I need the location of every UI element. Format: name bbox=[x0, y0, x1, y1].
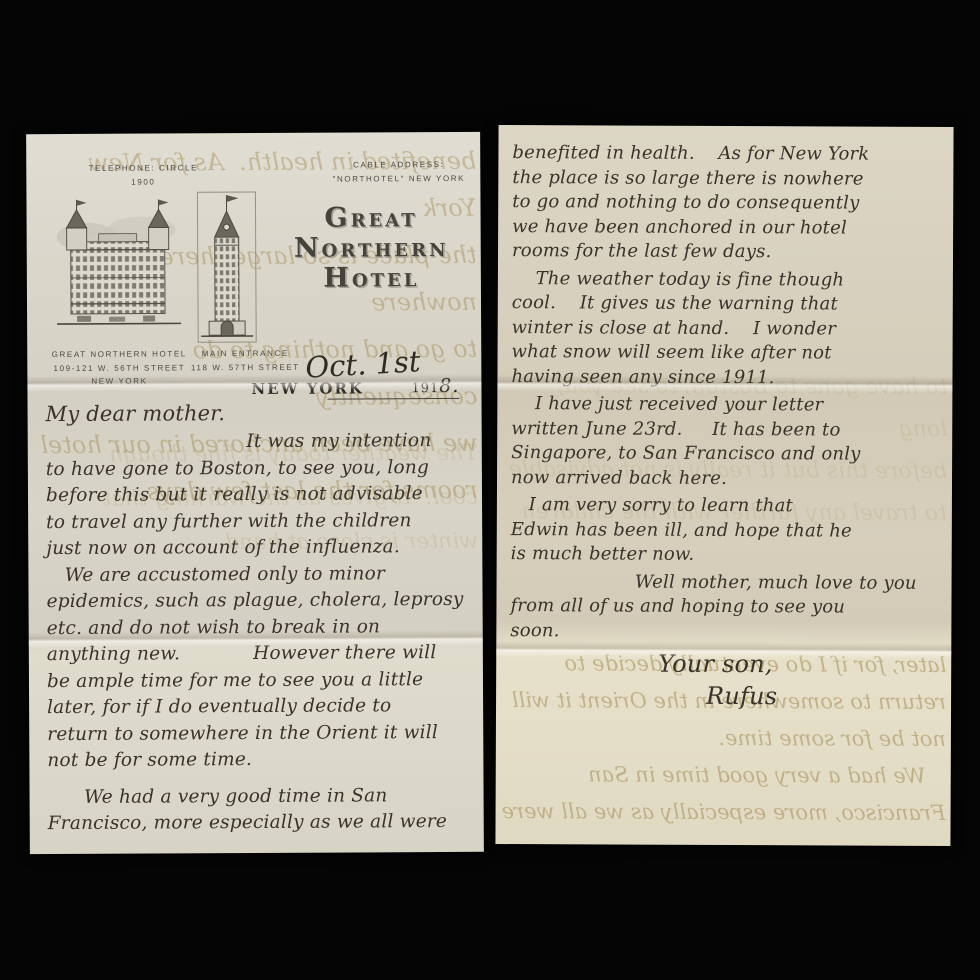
letterhead-telephone: Telephone: Circle 1900 bbox=[78, 161, 208, 189]
dateline-year: 1918. bbox=[411, 375, 459, 397]
hotel-name-line1: Great bbox=[268, 204, 473, 235]
paragraph-farewell: Well mother, much love to you from all o… bbox=[510, 570, 942, 645]
paragraph-san-francisco: We had a very good time in San Francisco… bbox=[48, 782, 476, 837]
building-caption: Great Northern Hotel 109-121 W. 56th Str… bbox=[35, 347, 203, 389]
letterhead-cable-address: Cable Address: "Northotel" New York bbox=[326, 158, 471, 186]
main-entrance-tower-illustration bbox=[194, 189, 259, 347]
paragraph-received-letter: I have just received your letter written… bbox=[511, 392, 943, 492]
closing-line: Your son, bbox=[658, 648, 942, 681]
paragraph-intention-boston: It was my intention to have gone to Bost… bbox=[46, 428, 475, 563]
handwritten-date: Oct. 1st bbox=[304, 344, 421, 385]
letter-page-2: to have gone to Boston, to see you, long… bbox=[495, 125, 953, 846]
paragraph-edwin-ill: I am very sorry to learn that Edwin has … bbox=[511, 493, 943, 568]
paragraph-new-york: benefited in health. As for New York the… bbox=[512, 141, 945, 265]
letter-page-1: benefited in health. As for New York the… bbox=[26, 132, 484, 854]
hotel-building-illustration bbox=[46, 191, 189, 344]
paragraph-weather: The weather today is fine though cool. I… bbox=[511, 267, 944, 391]
letterhead-hotel-name: Great Northern Hotel bbox=[268, 204, 473, 295]
letter-body-page2: benefited in health. As for New York the… bbox=[510, 141, 944, 713]
hotel-name-line3: Hotel bbox=[269, 264, 474, 295]
date-month-day: Oct. 1st bbox=[304, 344, 421, 385]
year-handwritten-digit: 8. bbox=[439, 375, 459, 397]
letter-body-page1: My dear mother. It was my intention to h… bbox=[46, 396, 476, 838]
paragraph-epidemics: We are accustomed only to minor epidemic… bbox=[46, 560, 475, 774]
photograph-of-letter: { "colors": { "background": "#050505", "… bbox=[0, 0, 980, 980]
signature-rufus: Rufus bbox=[706, 680, 942, 713]
salutation: My dear mother. bbox=[46, 396, 474, 430]
hotel-name-line2: Northern bbox=[269, 234, 474, 265]
tower-caption: Main Entrance 118 W. 57th Street bbox=[185, 347, 305, 375]
year-printed-digits: 191 bbox=[411, 381, 439, 396]
